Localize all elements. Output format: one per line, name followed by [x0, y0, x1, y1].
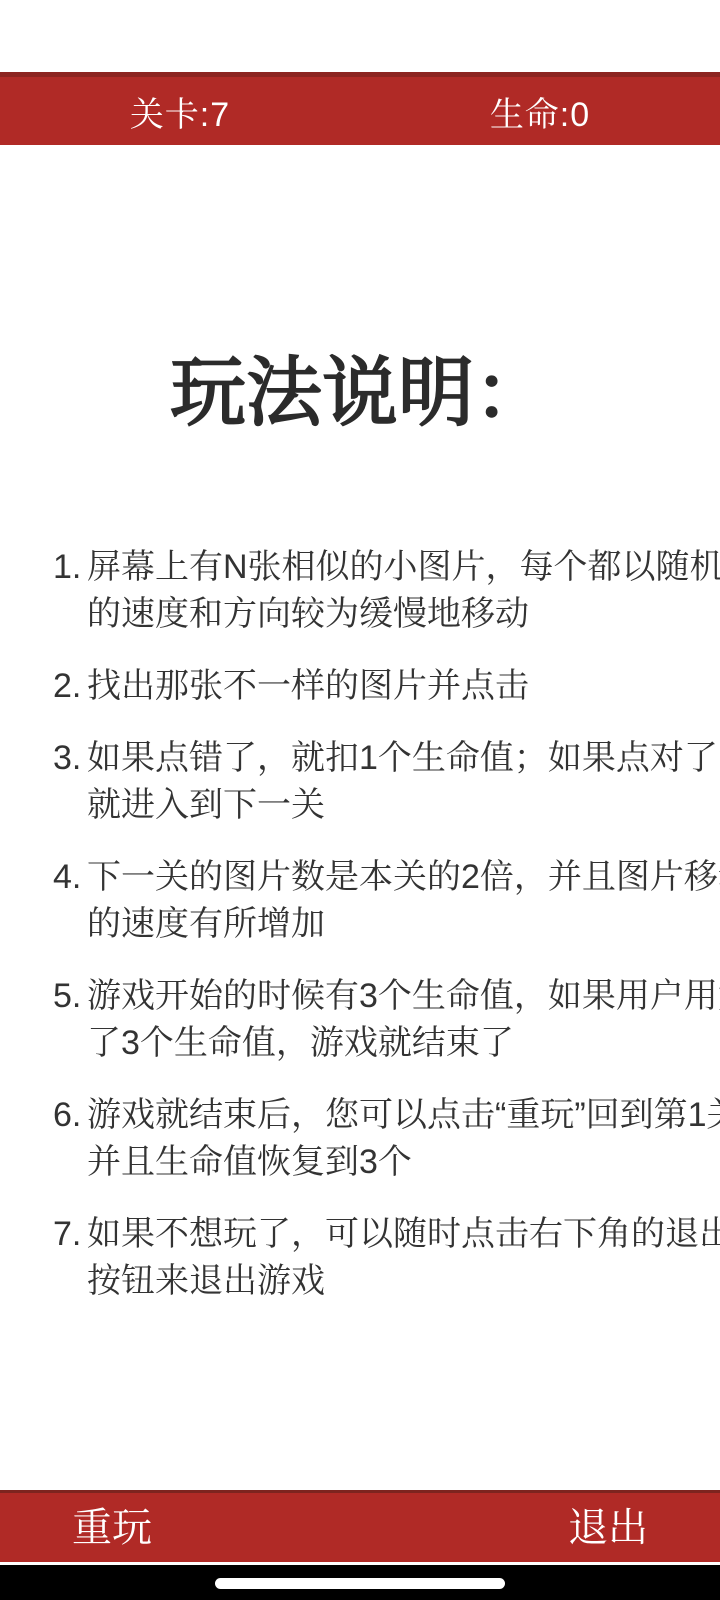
level-counter: 关卡:7: [0, 87, 360, 136]
instruction-number: 5.: [53, 973, 87, 1020]
instruction-text: 游戏就结束后，您可以点击“重玩”回到第1关并且生命值恢复到3个: [87, 1092, 720, 1186]
instruction-text: 找出那张不一样的图片并点击: [87, 663, 720, 710]
instructions-list: 1. 屏幕上有N张相似的小图片，每个都以随机的速度和方向较为缓慢地移动 2. 找…: [13, 544, 720, 1330]
instruction-item-3: 3. 如果点错了，就扣1个生命值；如果点对了，就进入到下一关: [53, 735, 720, 829]
instruction-text: 游戏开始的时候有3个生命值，如果用户用完了3个生命值，游戏就结束了: [87, 973, 720, 1067]
instruction-item-7: 7. 如果不想玩了，可以随时点击右下角的退出按钮来退出游戏: [53, 1211, 720, 1305]
lives-counter: 生命:0: [360, 87, 720, 136]
instruction-text: 下一关的图片数是本关的2倍，并且图片移动的速度有所增加: [87, 854, 720, 948]
instruction-item-6: 6. 游戏就结束后，您可以点击“重玩”回到第1关并且生命值恢复到3个: [53, 1092, 720, 1186]
instruction-item-2: 2. 找出那张不一样的图片并点击: [53, 663, 720, 710]
instruction-text: 屏幕上有N张相似的小图片，每个都以随机的速度和方向较为缓慢地移动: [87, 544, 720, 638]
instruction-text: 如果点错了，就扣1个生命值；如果点对了，就进入到下一关: [87, 735, 720, 829]
instruction-item-5: 5. 游戏开始的时候有3个生命值，如果用户用完了3个生命值，游戏就结束了: [53, 973, 720, 1067]
bottom-action-bar: 重玩 退出: [0, 1490, 720, 1562]
instruction-number: 3.: [53, 735, 87, 782]
replay-button[interactable]: 重玩: [72, 1508, 152, 1548]
gesture-pill[interactable]: [215, 1578, 505, 1589]
android-navigation-bar: [0, 1565, 720, 1600]
instruction-number: 2.: [53, 663, 87, 710]
exit-button[interactable]: 退出: [568, 1508, 648, 1548]
instructions-title: 玩法说明：: [0, 348, 720, 440]
game-status-bar: 关卡:7 生命:0: [0, 72, 720, 145]
instruction-item-4: 4. 下一关的图片数是本关的2倍，并且图片移动的速度有所增加: [53, 854, 720, 948]
instruction-item-1: 1. 屏幕上有N张相似的小图片，每个都以随机的速度和方向较为缓慢地移动: [53, 544, 720, 638]
instruction-number: 7.: [53, 1211, 87, 1258]
instruction-text: 如果不想玩了，可以随时点击右下角的退出按钮来退出游戏: [87, 1211, 720, 1305]
instruction-number: 4.: [53, 854, 87, 901]
instruction-number: 6.: [53, 1092, 87, 1139]
instruction-number: 1.: [53, 544, 87, 591]
game-help-screen: 关卡:7 生命:0 玩法说明： 1. 屏幕上有N张相似的小图片，每个都以随机的速…: [0, 0, 720, 1600]
